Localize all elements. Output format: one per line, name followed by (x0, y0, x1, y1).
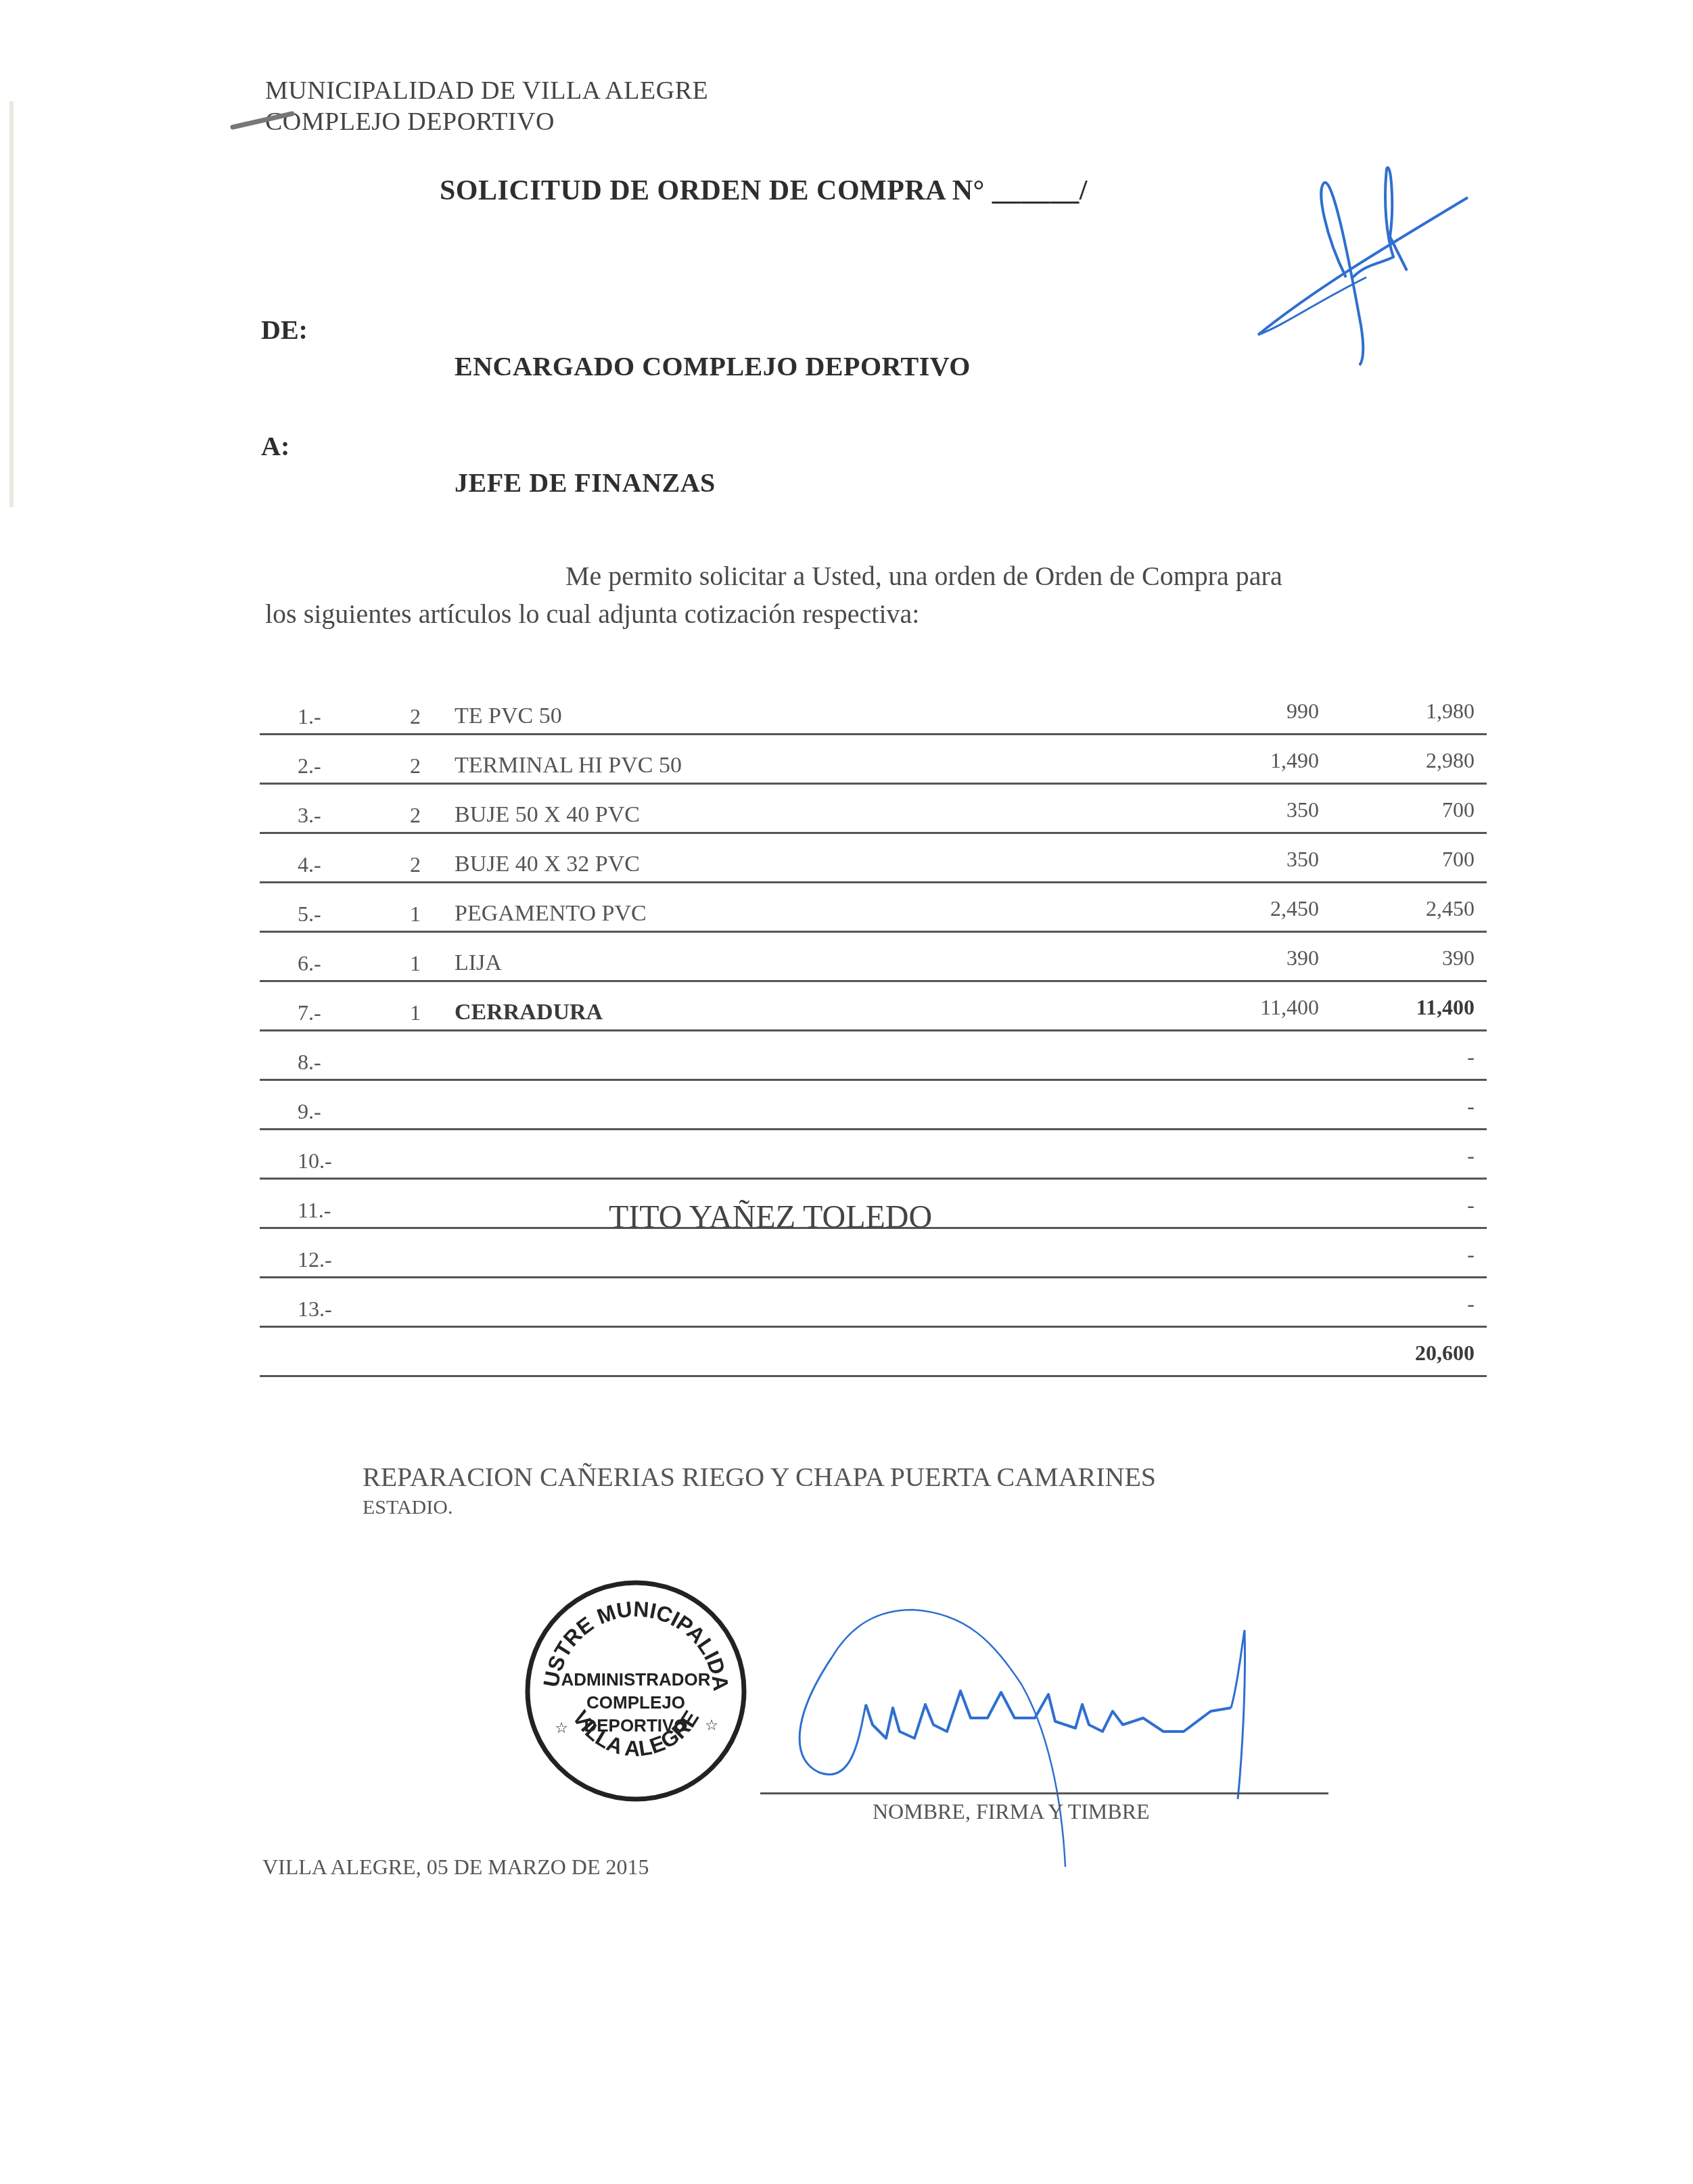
item-number: 9.- (298, 1099, 321, 1124)
table-row: 5.-1PEGAMENTO PVC2,4502,450 (260, 882, 1487, 933)
item-description: BUJE 40 X 32 PVC (455, 852, 640, 877)
to-label: A: (261, 430, 289, 462)
item-number: 2.- (298, 753, 321, 779)
item-number: 7.- (298, 1000, 321, 1025)
pen-stroke-mark (230, 101, 311, 135)
svg-text:COMPLEJO: COMPLEJO (586, 1692, 685, 1713)
item-number: 8.- (298, 1050, 321, 1075)
item-number: 10.- (298, 1148, 332, 1174)
table-row: 13.-- (260, 1277, 1487, 1328)
item-number: 3.- (298, 803, 321, 828)
item-number: 1.- (298, 704, 321, 729)
item-unit-price: 2,450 (1270, 896, 1319, 921)
grand-total: 20,600 (1415, 1341, 1475, 1366)
item-quantity: 2 (402, 704, 429, 729)
table-row: 9.-- (260, 1079, 1487, 1130)
item-total: - (1467, 1094, 1475, 1119)
intro-paragraph-line1: Me permito solicitar a Usted, una orden … (565, 560, 1282, 592)
to-value: JEFE DE FINANZAS (455, 467, 716, 498)
item-total: 700 (1442, 797, 1475, 822)
item-total: 700 (1442, 847, 1475, 872)
item-total: 2,980 (1426, 748, 1475, 773)
total-row: 20,600 (260, 1326, 1487, 1377)
item-total: - (1467, 1192, 1475, 1217)
intro-paragraph-line2: los siguientes artículos lo cual adjunta… (265, 598, 919, 630)
signature-line (760, 1792, 1328, 1794)
svg-text:☆: ☆ (555, 1719, 568, 1736)
item-total: 1,980 (1426, 699, 1475, 724)
item-unit-price: 390 (1286, 946, 1319, 971)
table-row: 7.-1CERRADURA11,40011,400 (260, 981, 1487, 1031)
header-municipality: MUNICIPALIDAD DE VILLA ALEGRE (265, 76, 708, 106)
item-description: CERRADURA (455, 1000, 603, 1025)
item-total: - (1467, 1143, 1475, 1168)
official-stamp: ILUSTRE MUNICIPALIDAD VILLA ALEGRE ADMIN… (521, 1576, 751, 1806)
table-row: 8.-- (260, 1030, 1487, 1081)
item-unit-price: 350 (1286, 797, 1319, 822)
item-description: TE PVC 50 (455, 703, 562, 729)
purpose-line2: ESTADIO. (363, 1496, 453, 1519)
item-quantity: 1 (402, 1000, 429, 1025)
item-total: 390 (1442, 946, 1475, 971)
svg-text:☆: ☆ (705, 1717, 718, 1734)
signature-label: NOMBRE, FIRMA Y TIMBRE (873, 1799, 1150, 1824)
table-row: 3.-2BUJE 50 X 40 PVC350700 (260, 783, 1487, 834)
table-row: 10.-- (260, 1129, 1487, 1180)
item-number: 5.- (298, 902, 321, 927)
signature-top (1245, 162, 1475, 379)
table-row: 4.-2BUJE 40 X 32 PVC350700 (260, 833, 1487, 883)
svg-text:ADMINISTRADOR: ADMINISTRADOR (561, 1669, 711, 1690)
item-unit-price: 990 (1286, 699, 1319, 724)
item-total: 2,450 (1426, 896, 1475, 921)
item-quantity: 2 (402, 753, 429, 779)
table-row: 2.-2TERMINAL HI PVC 501,4902,980 (260, 734, 1487, 785)
purpose-line1: REPARACION CAÑERIAS RIEGO Y CHAPA PUERTA… (363, 1461, 1156, 1493)
item-number: 12.- (298, 1247, 332, 1272)
item-quantity: 1 (402, 902, 429, 927)
scan-edge-mark (9, 101, 14, 507)
signature-bottom (764, 1515, 1373, 1894)
svg-text:DEPORTIVO: DEPORTIVO (584, 1715, 687, 1736)
item-quantity: 2 (402, 852, 429, 877)
item-description: TERMINAL HI PVC 50 (455, 753, 682, 779)
document-title: SOLICITUD DE ORDEN DE COMPRA N° ______/ (440, 175, 1088, 207)
item-total: - (1467, 1044, 1475, 1069)
item-unit-price: 350 (1286, 847, 1319, 872)
from-value: ENCARGADO COMPLEJO DEPORTIVO (455, 350, 971, 382)
from-label: DE: (261, 314, 308, 346)
item-number: 11.- (298, 1198, 331, 1223)
item-unit-price: 11,400 (1260, 995, 1319, 1020)
item-description: LIJA (455, 950, 502, 976)
item-description: PEGAMENTO PVC (455, 901, 647, 927)
table-row: 6.-1LIJA390390 (260, 931, 1487, 982)
table-row: 1.-2TE PVC 509901,980 (260, 684, 1487, 735)
document-date: VILLA ALEGRE, 05 DE MARZO DE 2015 (262, 1855, 649, 1880)
item-number: 6.- (298, 951, 321, 976)
item-total: 11,400 (1416, 995, 1475, 1020)
item-number: 13.- (298, 1297, 332, 1322)
item-total: - (1467, 1291, 1475, 1316)
item-total: - (1467, 1242, 1475, 1267)
item-number: 4.- (298, 852, 321, 877)
overprint-name: TITO YAÑEZ TOLEDO (609, 1199, 932, 1236)
item-description: BUJE 50 X 40 PVC (455, 802, 640, 828)
item-unit-price: 1,490 (1270, 748, 1319, 773)
item-quantity: 2 (402, 803, 429, 828)
item-quantity: 1 (402, 951, 429, 976)
